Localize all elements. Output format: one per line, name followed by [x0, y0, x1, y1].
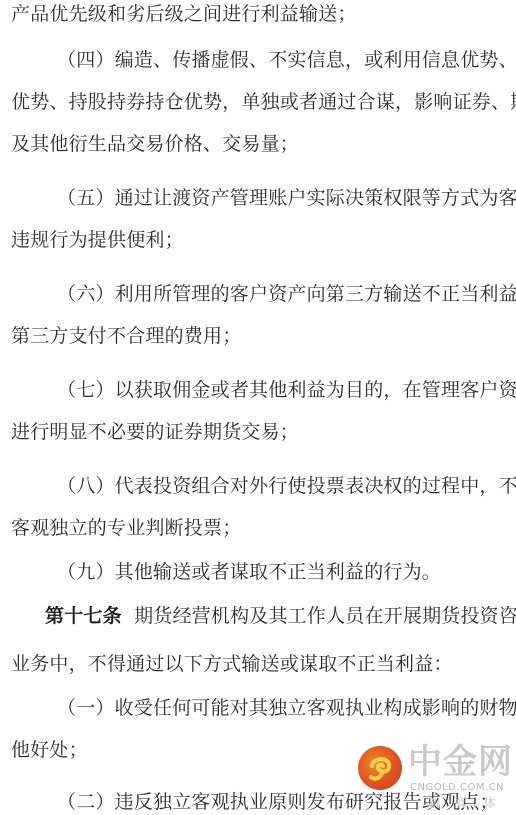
- watermark-title: 中金网: [408, 742, 513, 782]
- text-line: （八）代表投资组合对外行使投票表决权的过程中，不按照: [57, 474, 510, 498]
- text-line: 及其他衍生品交易价格、交易量；: [11, 132, 510, 156]
- text-line: 业务中，不得通过以下方式输送或谋取不正当利益：: [11, 652, 510, 676]
- text-line: （七）以获取佣金或者其他利益为目的，在管理客户资产时: [57, 378, 510, 402]
- list-item: （一）收受任何可能对其独立客观执业构成影响的财物或其: [57, 696, 510, 720]
- text-line: 违规行为提供便利；: [11, 228, 510, 252]
- article-text: 期货经营机构及其工作人员在开展期货投资咨询: [134, 605, 516, 627]
- article-first-line: 第十七条 期货经营机构及其工作人员在开展期货投资咨询: [45, 604, 510, 628]
- text-line: 客观独立的专业判断投票；: [11, 516, 510, 540]
- watermark-subtitle: 新 媒 体: [428, 796, 502, 810]
- text-line: （九）其他输送或者谋取不正当利益的行为。: [57, 560, 510, 584]
- article-heading: 第十七条: [45, 605, 122, 627]
- watermark-domain: CNGOLD.COM.CN: [410, 782, 504, 794]
- text-line: （四）编造、传播虚假、不实信息，或利用信息优势、资金: [57, 48, 510, 72]
- text-line: （六）利用所管理的客户资产向第三方输送不正当利益或向: [57, 282, 510, 306]
- text-line: 进行明显不必要的证券期货交易；: [11, 420, 510, 444]
- text-line: 第三方支付不合理的费用；: [11, 324, 510, 348]
- text-line: 优势、持股持券持仓优势，单独或者通过合谋，影响证券、期货: [11, 90, 510, 114]
- text-line: （五）通过让渡资产管理账户实际决策权限等方式为客户的: [57, 186, 510, 210]
- watermark: 中金网 CNGOLD.COM.CN 新 媒 体: [358, 742, 516, 808]
- text-line: 产品优先级和劣后级之间进行利益输送；: [11, 2, 510, 26]
- cngold-logo-icon: [358, 746, 402, 790]
